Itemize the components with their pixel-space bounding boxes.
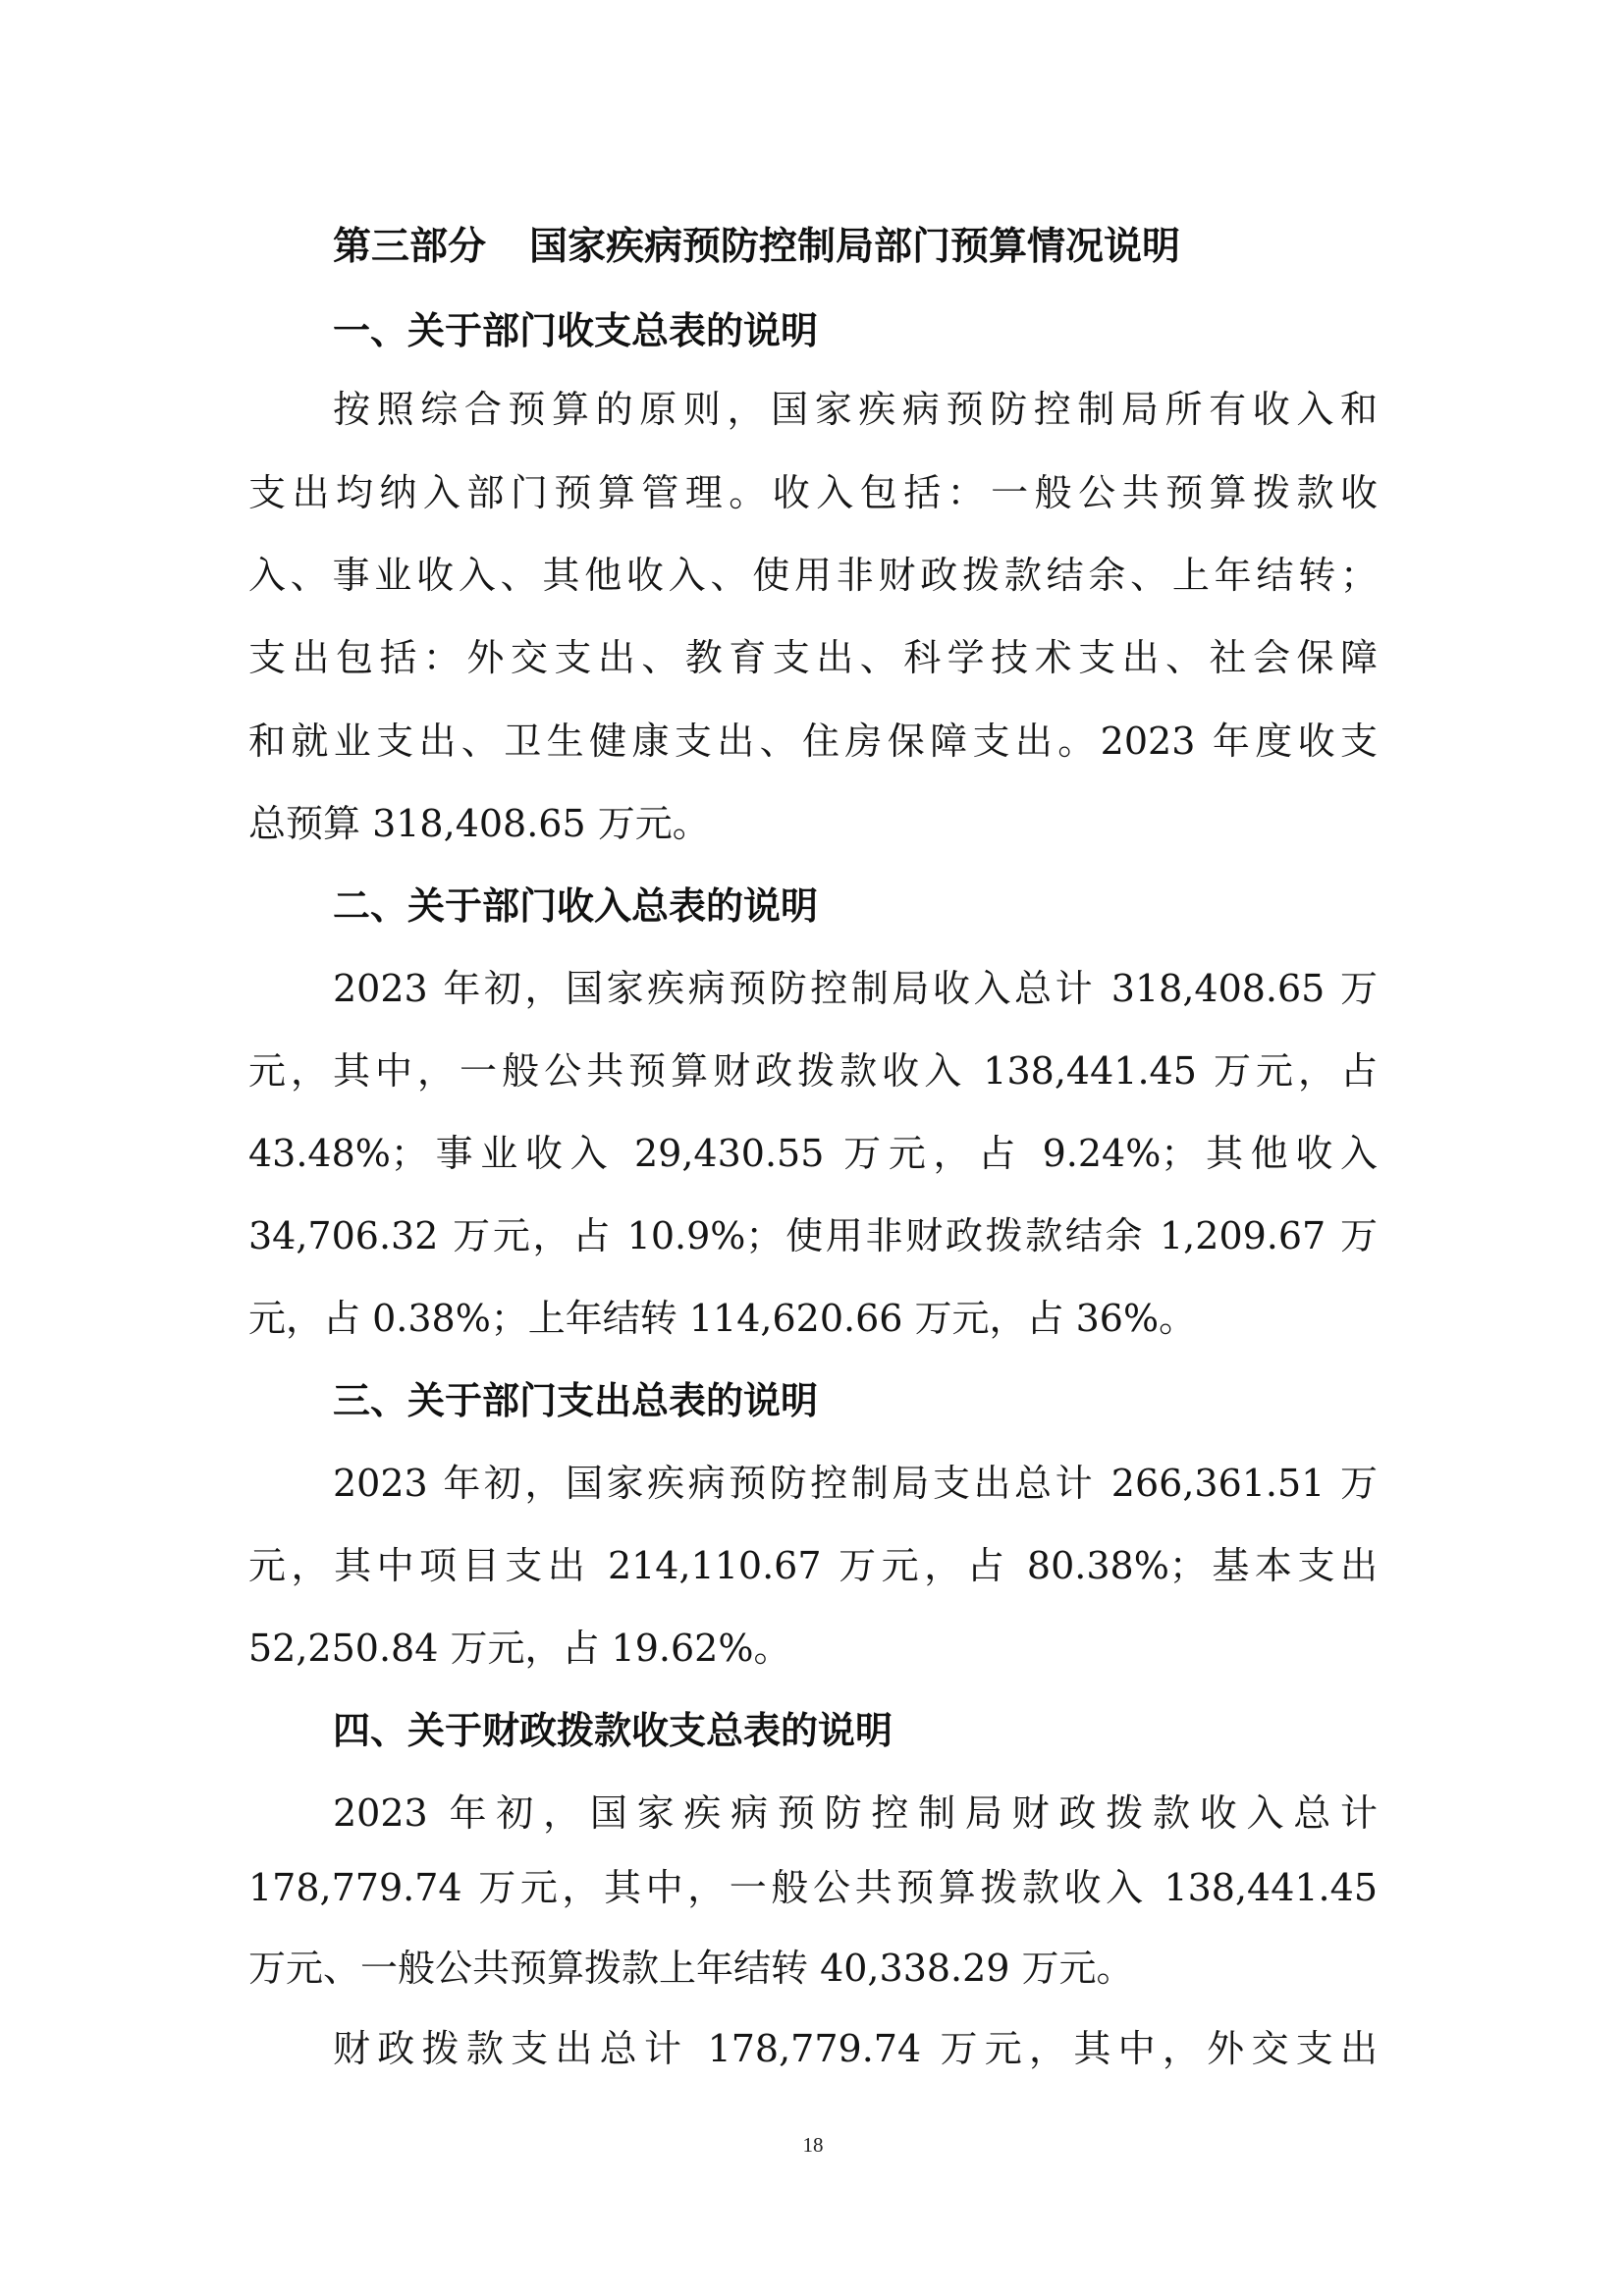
paragraph-line: 2023 年初，国家疾病预防控制局财政拨款收入总计: [333, 1772, 1378, 1854]
section-heading-2: 二、关于部门收入总表的说明: [333, 865, 1378, 947]
paragraph-line: 元，其中，一般公共预算财政拨款收入 138,441.45 万元，占: [248, 1030, 1378, 1112]
paragraph-line: 2023 年初，国家疾病预防控制局支出总计 266,361.51 万: [333, 1442, 1378, 1524]
paragraph-line: 2023 年初，国家疾病预防控制局收入总计 318,408.65 万: [333, 947, 1378, 1030]
paragraph-line: 总预算 318,408.65 万元。: [248, 782, 1378, 865]
paragraph-line: 按照综合预算的原则，国家疾病预防控制局所有收入和: [333, 368, 1378, 451]
section-heading-1: 一、关于部门收支总表的说明: [333, 290, 1378, 372]
document-page: 第三部分国家疾病预防控制局部门预算情况说明 一、关于部门收支总表的说明 按照综合…: [0, 0, 1624, 2296]
paragraph-line: 52,250.84 万元，占 19.62%。: [248, 1607, 1378, 1689]
paragraph-line: 支出包括：外交支出、教育支出、科学技术支出、社会保障: [248, 616, 1378, 699]
paragraph-line: 178,779.74 万元，其中，一般公共预算拨款收入 138,441.45: [248, 1846, 1378, 1929]
paragraph-line: 34,706.32 万元，占 10.9%；使用非财政拨款结余 1,209.67 …: [248, 1195, 1378, 1277]
title-part: 第三部分: [333, 225, 486, 269]
paragraph-line: 入、事业收入、其他收入、使用非财政拨款结余、上年结转；: [248, 534, 1378, 616]
paragraph-line: 元，占 0.38%；上年结转 114,620.66 万元，占 36%。: [248, 1277, 1378, 1360]
paragraph-line: 万元、一般公共预算拨款上年结转 40,338.29 万元。: [248, 1927, 1378, 2009]
paragraph-line: 和就业支出、卫生健康支出、住房保障支出。2023 年度收支: [248, 700, 1378, 782]
paragraph-line: 43.48%；事业收入 29,430.55 万元，占 9.24%；其他收入: [248, 1112, 1378, 1195]
page-title: 第三部分国家疾病预防控制局部门预算情况说明: [333, 206, 1315, 289]
paragraph-line: 支出均纳入部门预算管理。收入包括：一般公共预算拨款收: [248, 452, 1378, 534]
section-heading-4: 四、关于财政拨款收支总表的说明: [333, 1689, 1378, 1772]
section-heading-3: 三、关于部门支出总表的说明: [333, 1360, 1378, 1442]
title-text: 国家疾病预防控制局部门预算情况说明: [529, 225, 1180, 269]
paragraph-line: 财政拨款支出总计 178,779.74 万元，其中，外交支出: [333, 2007, 1378, 2090]
page-number: 18: [785, 2130, 840, 2160]
paragraph-line: 元，其中项目支出 214,110.67 万元，占 80.38%；基本支出: [248, 1524, 1378, 1607]
